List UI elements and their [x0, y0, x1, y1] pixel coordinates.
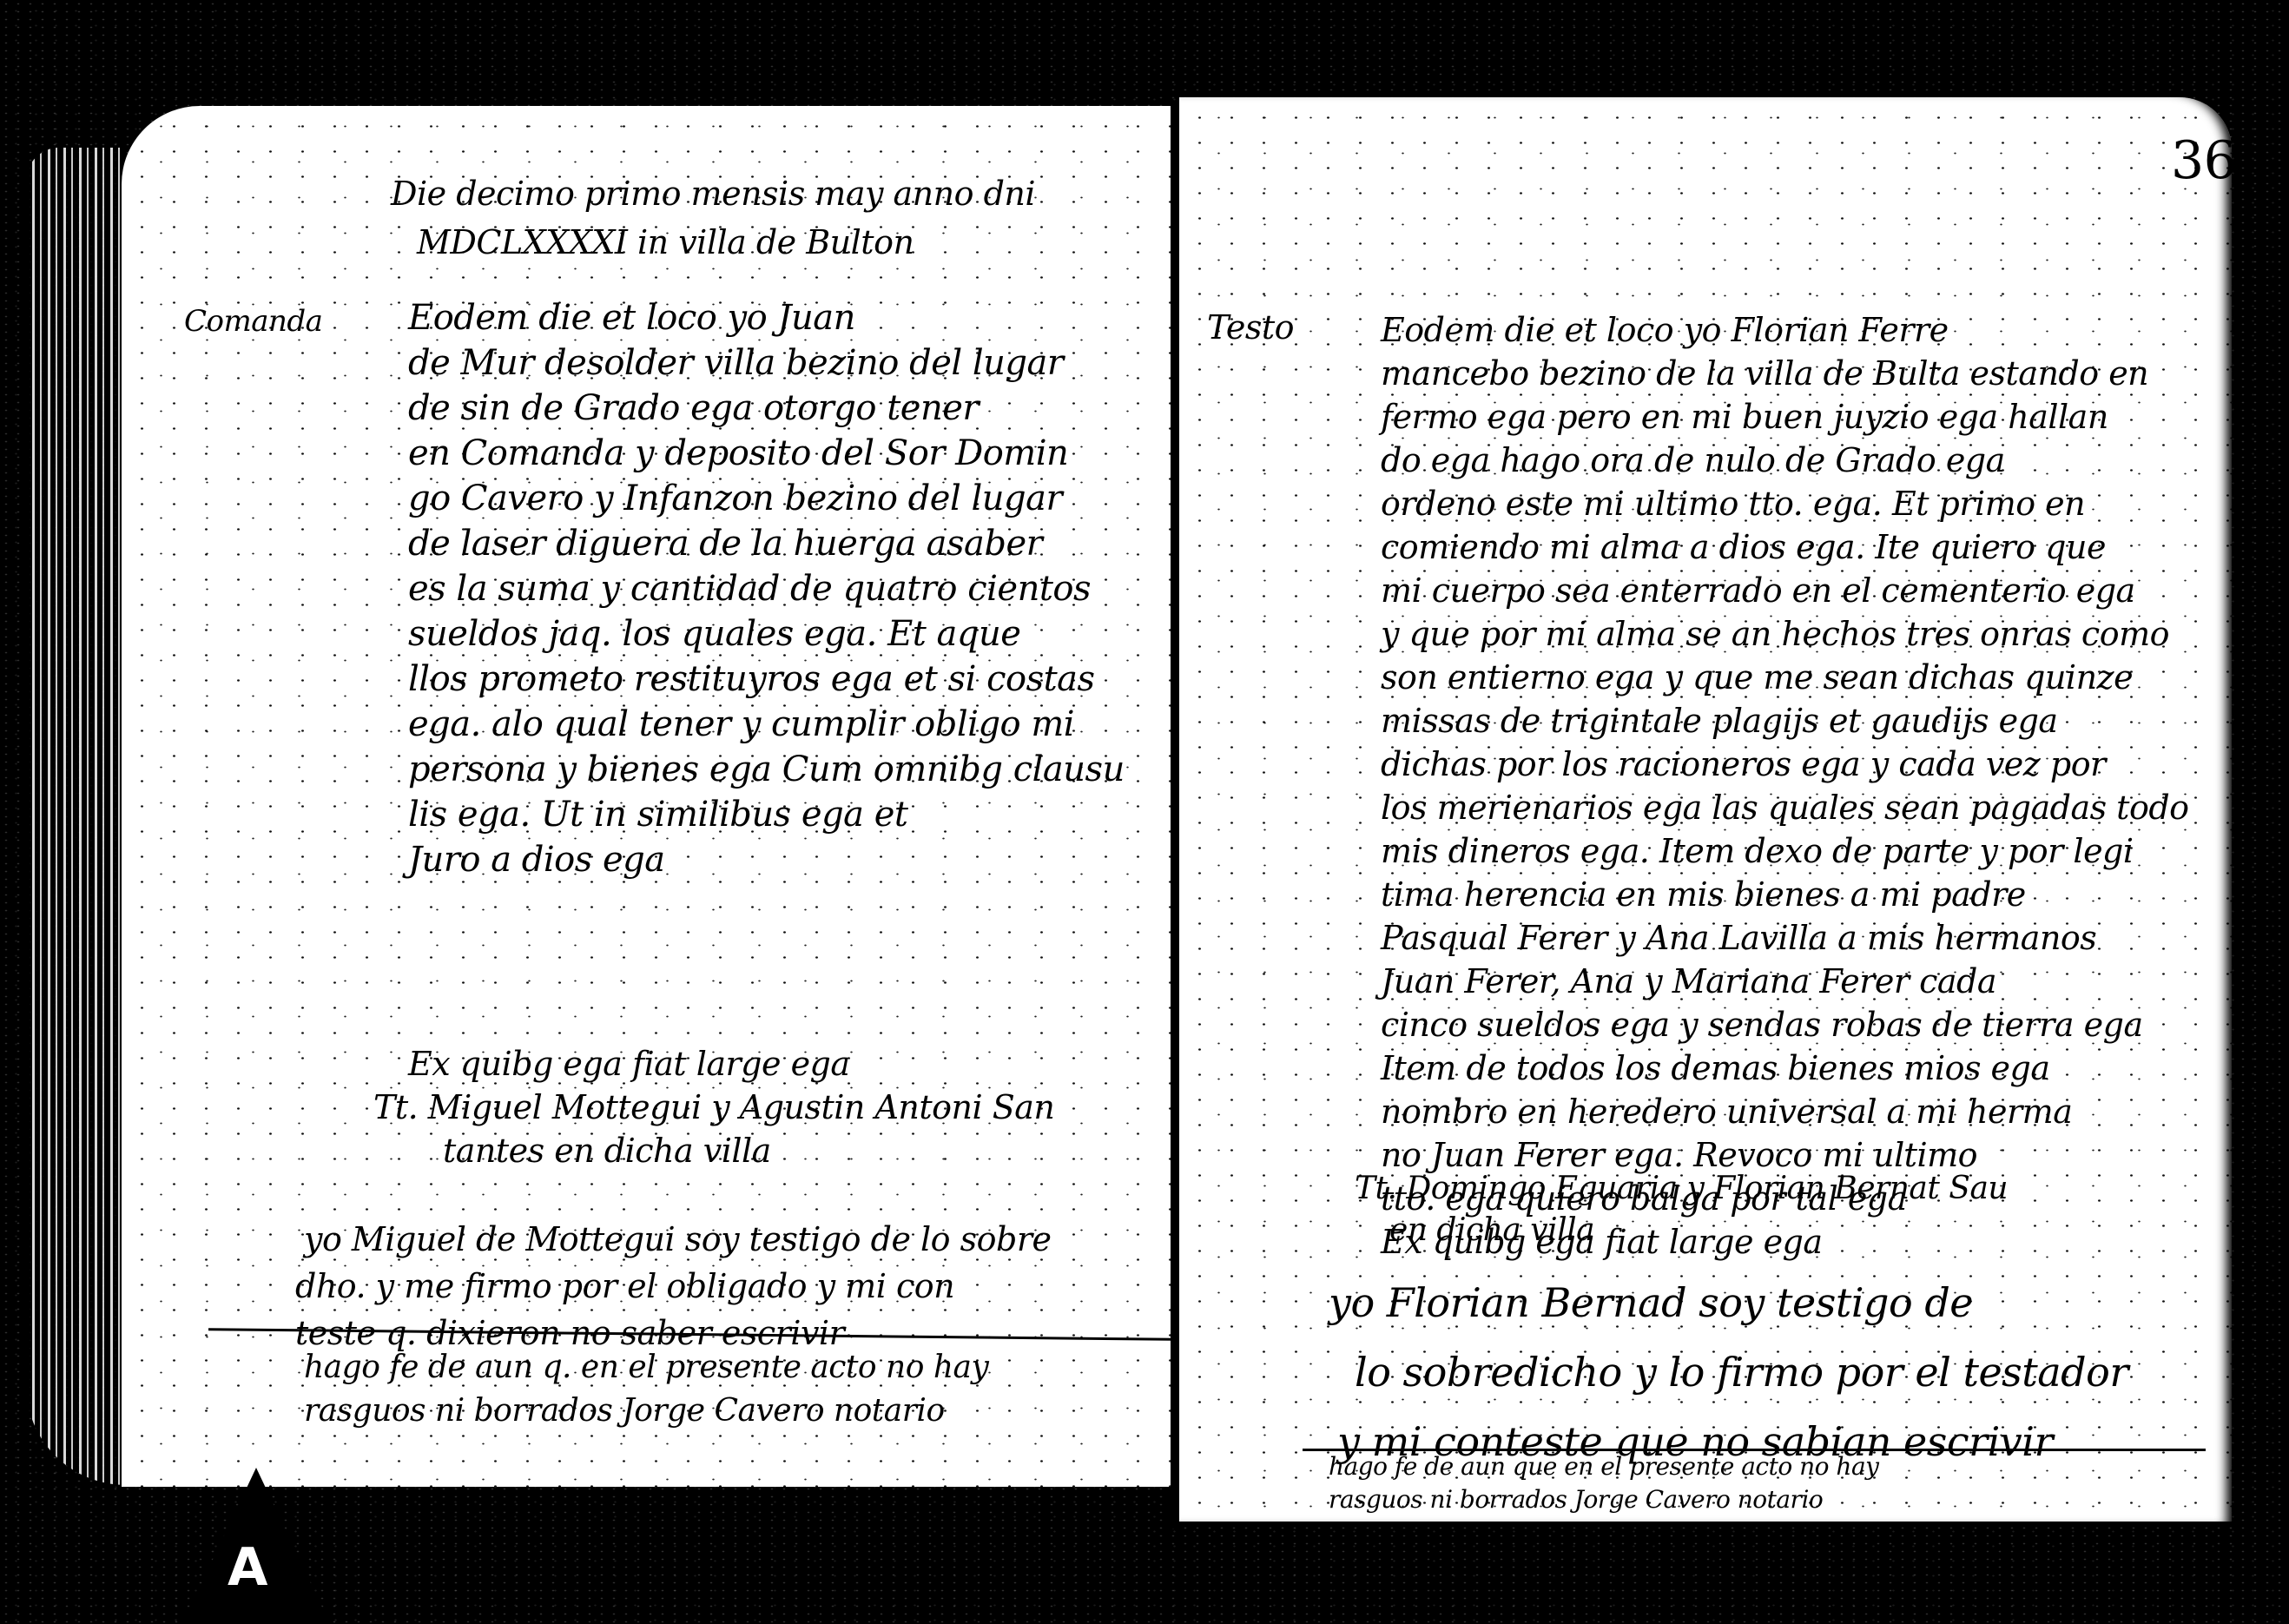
- deed-line: comiendo mi alma a dios ega. Ite quiero …: [1381, 525, 2189, 569]
- deed-line: Eodem die et loco yo Florian Ferre: [1381, 308, 2189, 352]
- notary-closing-note: hago fe de aun que en el presente acto n…: [1329, 1450, 1878, 1516]
- witnesses-block: Tt. Domingo Eguaria y Florian Bernat Sau…: [1355, 1168, 2008, 1251]
- entry-date-header: Die decimo primo mensis may anno dni MDC…: [391, 169, 1035, 267]
- signature-line: lo sobredicho y lo firmo por el testador: [1329, 1337, 2128, 1407]
- deed-line: Juan Ferer, Ana y Mariana Ferer cada: [1381, 960, 2189, 1003]
- deed-line: sueldos jaq. los quales ega. Et aque: [408, 611, 1125, 657]
- deed-line: ega. alo qual tener y cumplir obligo mi: [408, 702, 1125, 747]
- margin-label-testamento: Testo: [1207, 308, 1294, 347]
- witness-line: tantes en dicha villa: [373, 1129, 1054, 1172]
- deed-line: llos prometo restituyros ega et si costa…: [408, 657, 1125, 702]
- bookmark-tab-letter: A: [228, 1537, 267, 1598]
- deed-line: ordeno este mi ultimo tto. ega. Et primo…: [1381, 482, 2189, 525]
- notary-closing-note: hago fe de aun q. en el presente acto no…: [304, 1346, 988, 1433]
- deed-line: nombro en heredero universal a mi herma: [1381, 1090, 2189, 1133]
- deed-line: es la suma y cantidad de quatro cientos: [408, 566, 1125, 611]
- closing-line: rasguos ni borrados Jorge Cavero notario: [1329, 1483, 1878, 1516]
- deed-line: lis ega. Ut in similibus ega et: [408, 792, 1125, 837]
- deed-line: do ega hago ora de nulo de Grado ega: [1381, 439, 2189, 482]
- header-line: MDCLXXXXI in villa de Bulton: [391, 218, 1035, 267]
- deed-line: missas de trigintale plagijs et gaudijs …: [1381, 699, 2189, 743]
- deed-line: dichas por los racioneros ega y cada vez…: [1381, 743, 2189, 786]
- witness-line: Ex quibg ega fiat large ega: [373, 1042, 1054, 1086]
- deed-line: los merienarios ega las quales sean paga…: [1381, 786, 2189, 829]
- deed-line: en Comanda y deposito del Sor Domin: [408, 431, 1125, 476]
- page-edges-stack: [26, 148, 126, 1485]
- signature-line: yo Miguel de Mottegui soy testigo de lo …: [295, 1216, 1052, 1263]
- deed-line: go Cavero y Infanzon bezino del lugar: [408, 476, 1125, 521]
- deed-line: mi cuerpo sea enterrado en el cementerio…: [1381, 569, 2189, 612]
- deed-line: son entierno ega y que me sean dichas qu…: [1381, 656, 2189, 699]
- deed-line: y que por mi alma se an hechos tres onra…: [1381, 612, 2189, 656]
- witnesses-block: Ex quibg ega fiat large ega Tt. Miguel M…: [373, 1042, 1054, 1172]
- deed-body-comanda: Eodem die et loco yo Juan de Mur desolde…: [408, 295, 1125, 882]
- deed-line: mis dineros ega. Item dexo de parte y po…: [1381, 829, 2189, 873]
- witness-line: Tt. Domingo Eguaria y Florian Bernat Sau: [1355, 1168, 2008, 1210]
- witness-signature-block: yo Florian Bernad soy testigo de lo sobr…: [1329, 1268, 2128, 1476]
- header-line: Die decimo primo mensis may anno dni: [391, 169, 1035, 218]
- deed-line: Eodem die et loco yo Juan: [408, 295, 1125, 340]
- deed-body-testamento: Eodem die et loco yo Florian Ferre mance…: [1381, 308, 2189, 1264]
- witness-line: Tt. Miguel Mottegui y Agustin Antoni San: [373, 1086, 1054, 1129]
- deed-line: mancebo bezino de la villa de Bulta esta…: [1381, 352, 2189, 395]
- signature-line: yo Florian Bernad soy testigo de: [1329, 1268, 2128, 1337]
- open-book-scan: A Die decimo primo mensis may anno dni M…: [0, 0, 2289, 1624]
- deed-line: Juro a dios ega: [408, 837, 1125, 882]
- signature-line: dho. y me firmo por el obligado y mi con: [295, 1263, 1052, 1310]
- closing-line: rasguos ni borrados Jorge Cavero notario: [304, 1390, 988, 1433]
- deed-line: persona y bienes ega Cum omnibg clausu: [408, 747, 1125, 792]
- deed-line: Item de todos los demas bienes mios ega: [1381, 1046, 2189, 1090]
- margin-label-comanda: Comanda: [184, 304, 322, 339]
- deed-line: Pasqual Ferer y Ana Lavilla a mis herman…: [1381, 916, 2189, 960]
- deed-line: de Mur desolder villa bezino del lugar: [408, 340, 1125, 386]
- closing-line: hago fe de aun q. en el presente acto no…: [304, 1346, 988, 1390]
- deed-line: de laser diguera de la huerga asaber: [408, 521, 1125, 566]
- closing-line: hago fe de aun que en el presente acto n…: [1329, 1450, 1878, 1483]
- deed-line: tima herencia en mis bienes a mi padre: [1381, 873, 2189, 916]
- deed-line: cinco sueldos ega y sendas robas de tier…: [1381, 1003, 2189, 1046]
- witness-line: en dicha villa: [1355, 1210, 2008, 1251]
- deed-line: de sin de Grado ega otorgo tener: [408, 386, 1125, 431]
- folio-number: 36: [2171, 130, 2236, 191]
- deed-line: fermo ega pero en mi buen juyzio ega hal…: [1381, 395, 2189, 439]
